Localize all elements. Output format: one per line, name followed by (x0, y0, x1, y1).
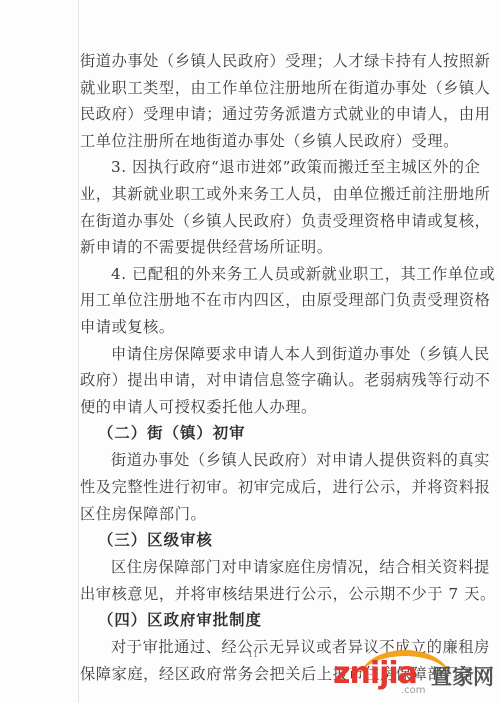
text-line: 用工单位注册地不在市内四区，由原受理部门负责受理资格 (80, 287, 445, 314)
text-line: 4. 已配租的外来务工人员或新就业职工，其工作单位或 (80, 261, 445, 288)
section-heading: （二）街（镇）初审 (80, 420, 445, 447)
text-line: 工单位注册所在地街道办事处（乡镇人民政府）受理。 (80, 128, 445, 155)
text-line: 街道办事处（乡镇人民政府）对申请人提供资料的真实 (80, 447, 445, 474)
text-line: 民政府）受理申请；通过劳务派遣方式就业的申请人，由用 (80, 101, 445, 128)
text-line: 出审核意见，并将审核结果进行公示，公示期不少于 7 天。 (80, 581, 445, 608)
document-page: 街道办事处（乡镇人民政府）受理；人才绿卡持有人按照新 就业职工类型，由工作单位注… (80, 48, 445, 687)
watermark-logo: znijia 置家网 .com (333, 648, 498, 698)
text-line: 街道办事处（乡镇人民政府）受理；人才绿卡持有人按照新 (80, 48, 445, 75)
text-line: 就业职工类型，由工作单位注册地所在街道办事处（乡镇人 (80, 75, 445, 102)
section-heading: （三）区级审核 (80, 527, 445, 554)
text-line: 便的申请人可授权委托他人办理。 (80, 394, 445, 421)
text-line: 政府）提出申请，对申请信息签字确认。老弱病残等行动不 (80, 367, 445, 394)
text-line: 在街道办事处（乡镇人民政府）负责受理资格申请或复核， (80, 208, 445, 235)
text-line: 新申请的不需要提供经营场所证明。 (80, 234, 445, 261)
text-line: 申请住房保障要求申请人本人到街道办事处（乡镇人民 (80, 341, 445, 368)
text-line: 性及完整性进行初审。初审完成后，进行公示，并将资料报 (80, 474, 445, 501)
text-line: 区住房保障部门对申请家庭住房情况，结合相关资料提 (80, 554, 445, 581)
section-heading: （四）区政府审批制度 (80, 607, 445, 634)
logo-chinese-text: 置家网 (431, 661, 494, 691)
text-line: 申请或复核。 (80, 314, 445, 341)
text-line: 区住房保障部门。 (80, 501, 445, 528)
page-margin-line (78, 0, 79, 703)
logo-domain-text: .com (401, 685, 426, 696)
page-number: 11 (248, 650, 258, 659)
text-line: 3. 因执行政府“退市进郊”政策而搬迁至主城区外的企 (80, 154, 445, 181)
text-line: 业，其新就业职工或外来务工人员，由单位搬迁前注册地所 (80, 181, 445, 208)
